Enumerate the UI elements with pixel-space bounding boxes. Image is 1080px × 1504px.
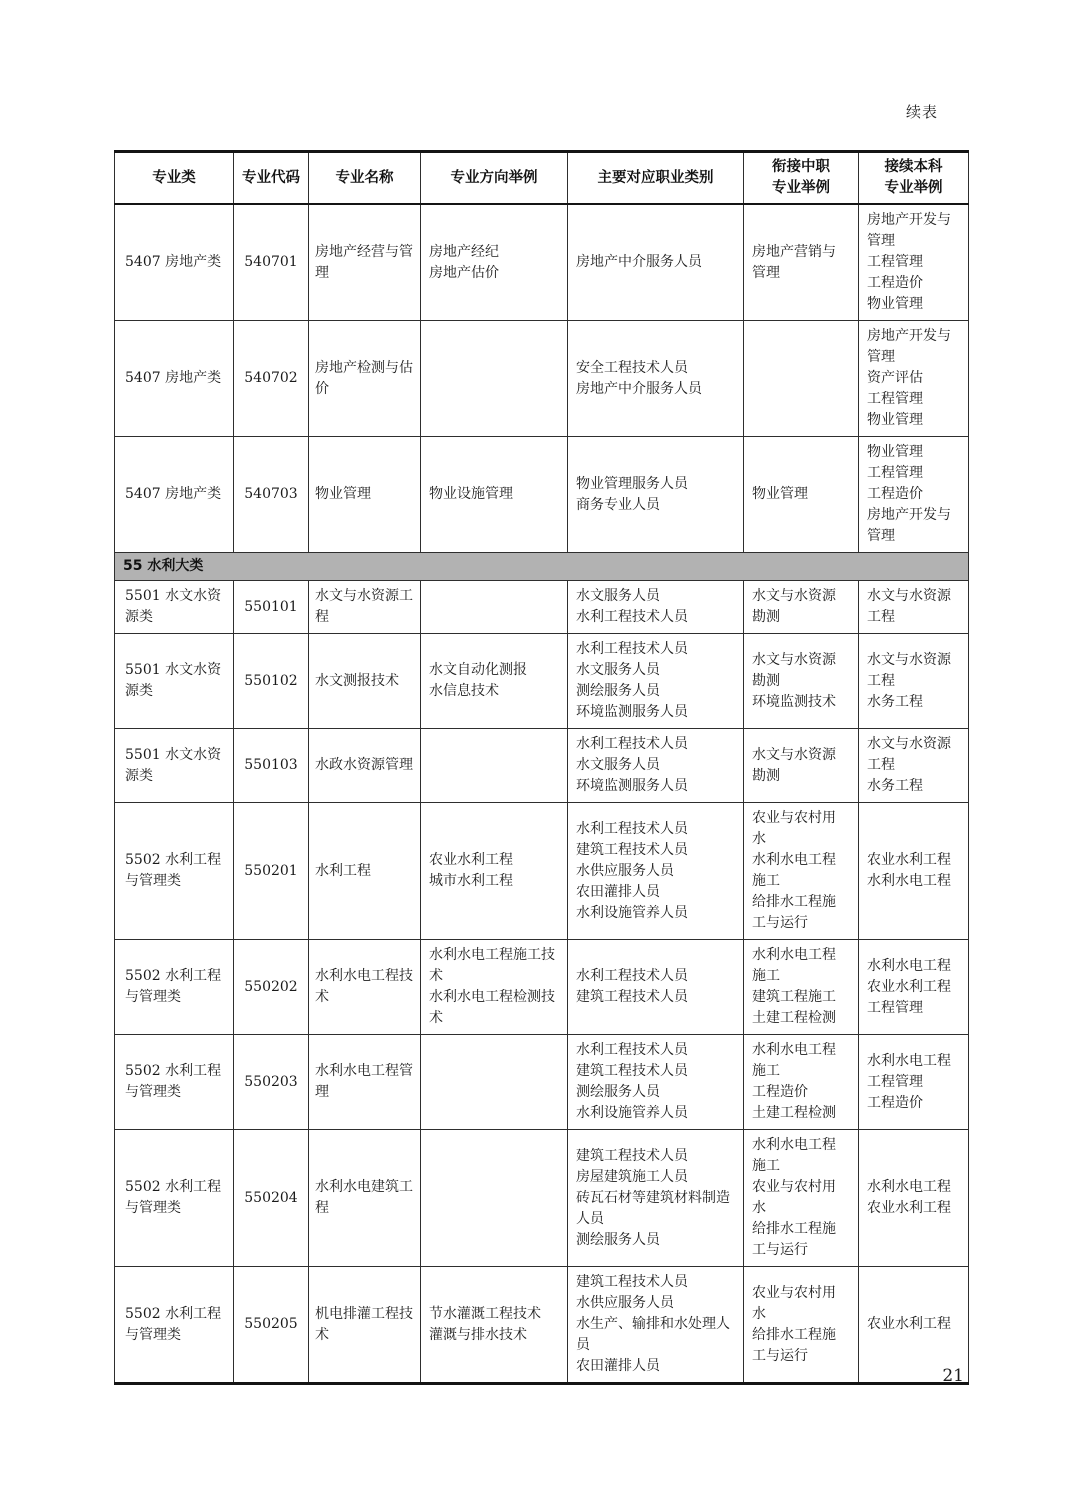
cell-line: 水供应服务人员: [576, 1293, 735, 1314]
table-cell: 水政水资源管理: [309, 729, 421, 803]
table-cell: [421, 321, 568, 437]
column-header: 主要对应职业类别: [568, 152, 744, 205]
cell-line: 水利水电工程施工: [752, 1040, 848, 1082]
table-cell: 5502 水利工程与管理类: [115, 1130, 234, 1267]
cell-line: 农业水利工程: [867, 1314, 960, 1335]
cell-line: 5502 水利工程与管理类: [125, 1177, 225, 1219]
cell-line: 水信息技术: [429, 681, 559, 702]
cell-line: 水文测报技术: [315, 671, 414, 692]
cell-line: 物业设施管理: [429, 484, 559, 505]
cell-line: 砖瓦石材等建筑材料制造人员: [576, 1188, 735, 1230]
cell-line: 环境监测技术: [752, 692, 848, 713]
table-cell: 水文与水资源工程: [859, 581, 969, 634]
cell-line: 房地产开发与管理: [867, 505, 960, 547]
table-cell: 农业与农村用水给排水工程施工与运行: [744, 1267, 859, 1384]
majors-catalog-table: 专业类专业代码专业名称专业方向举例主要对应职业类别衔接中职专业举例接续本科专业举…: [114, 150, 969, 1385]
table-cell: 540702: [234, 321, 309, 437]
cell-line: 农业水利工程: [867, 1198, 960, 1219]
cell-line: 测绘服务人员: [576, 1082, 735, 1103]
cell-line: 物业管理服务人员: [576, 474, 735, 495]
cell-line: 农田灌排人员: [576, 1356, 735, 1377]
page-number: 21: [942, 1366, 964, 1386]
column-header: 专业名称: [309, 152, 421, 205]
table-cell: [421, 1130, 568, 1267]
cell-line: 550205: [236, 1314, 306, 1335]
cell-line: 物业管理: [752, 484, 848, 505]
table-cell: 水文与水资源勘测环境监测技术: [744, 634, 859, 729]
cell-line: 物业管理: [867, 442, 960, 463]
cell-line: 建筑工程技术人员: [576, 1061, 735, 1082]
cell-line: 水利工程技术人员: [576, 607, 735, 628]
table-cell: 水文服务人员水利工程技术人员: [568, 581, 744, 634]
cell-line: 房地产估价: [429, 263, 559, 284]
table-cell: 水利工程: [309, 803, 421, 940]
table-cell: 水文自动化测报水信息技术: [421, 634, 568, 729]
cell-line: 农业水利工程: [867, 850, 960, 871]
cell-line: 550103: [236, 755, 306, 776]
cell-line: 水利水电工程施工技术: [429, 945, 559, 987]
table-cell: 5407 房地产类: [115, 204, 234, 321]
cell-line: 专业举例: [861, 178, 966, 199]
table-row: 5407 房地产类540701房地产经营与管理房地产经纪房地产估价房地产中介服务…: [115, 204, 969, 321]
cell-line: 5502 水利工程与管理类: [125, 1304, 225, 1346]
cell-line: 土建工程检测: [752, 1103, 848, 1124]
table-row: 5502 水利工程与管理类550202水利水电工程技术水利水电工程施工技术水利水…: [115, 940, 969, 1035]
table-cell: 550201: [234, 803, 309, 940]
cell-line: 水务工程: [867, 776, 960, 797]
table-row: 5501 水文水资源类550103水政水资源管理水利工程技术人员水文服务人员环境…: [115, 729, 969, 803]
table-cell: 540703: [234, 437, 309, 553]
table-row: 5501 水文水资源类550102水文测报技术水文自动化测报水信息技术水利工程技…: [115, 634, 969, 729]
cell-line: 灌溉与排水技术: [429, 1325, 559, 1346]
cell-line: 建筑工程技术人员: [576, 1146, 735, 1167]
cell-line: 水文与水资源工程: [867, 586, 960, 628]
table-cell: 5407 房地产类: [115, 437, 234, 553]
cell-line: 水利水电建筑工程: [315, 1177, 414, 1219]
cell-line: 给排水工程施工与运行: [752, 1325, 848, 1367]
table-cell: 550103: [234, 729, 309, 803]
cell-line: 水利工程技术人员: [576, 819, 735, 840]
table-cell: 550101: [234, 581, 309, 634]
cell-line: 工程造价: [867, 484, 960, 505]
cell-line: 水利水电工程技术: [315, 966, 414, 1008]
cell-line: 房地产中介服务人员: [576, 379, 735, 400]
cell-line: 工程管理: [867, 463, 960, 484]
table-cell: 房地产检测与估价: [309, 321, 421, 437]
cell-line: 550101: [236, 597, 306, 618]
cell-line: 工程造价: [867, 273, 960, 294]
cell-line: 房地产中介服务人员: [576, 252, 735, 273]
cell-line: 水利工程技术人员: [576, 734, 735, 755]
cell-line: 农业与农村用水: [752, 808, 848, 850]
table-cell: [421, 581, 568, 634]
cell-line: 房地产营销与管理: [752, 242, 848, 284]
cell-line: 房地产检测与估价: [315, 358, 414, 400]
cell-line: 房地产经纪: [429, 242, 559, 263]
table-cell: 农业水利工程城市水利工程: [421, 803, 568, 940]
table-cell: 5501 水文水资源类: [115, 581, 234, 634]
table-cell: [744, 321, 859, 437]
table-cell: 水利工程技术人员水文服务人员环境监测服务人员: [568, 729, 744, 803]
column-header: 专业方向举例: [421, 152, 568, 205]
cell-line: 环境监测服务人员: [576, 776, 735, 797]
cell-line: 5502 水利工程与管理类: [125, 1061, 225, 1103]
cell-line: 水务工程: [867, 692, 960, 713]
table-cell: 节水灌溉工程技术灌溉与排水技术: [421, 1267, 568, 1384]
cell-line: 专业方向举例: [423, 168, 565, 189]
table-cell: 5502 水利工程与管理类: [115, 1035, 234, 1130]
cell-line: 水供应服务人员: [576, 861, 735, 882]
table-header: 专业类专业代码专业名称专业方向举例主要对应职业类别衔接中职专业举例接续本科专业举…: [115, 152, 969, 205]
table-row: 5501 水文水资源类550101水文与水资源工程水文服务人员水利工程技术人员水…: [115, 581, 969, 634]
table-cell: 水文测报技术: [309, 634, 421, 729]
cell-line: 水利水电工程: [867, 871, 960, 892]
cell-line: 物业管理: [867, 410, 960, 431]
table-cell: 5502 水利工程与管理类: [115, 940, 234, 1035]
cell-line: 水文与水资源勘测: [752, 745, 848, 787]
table-cell: 物业设施管理: [421, 437, 568, 553]
cell-line: 房地产经营与管理: [315, 242, 414, 284]
cell-line: 550102: [236, 671, 306, 692]
cell-line: 水利工程技术人员: [576, 966, 735, 987]
table-cell: 5502 水利工程与管理类: [115, 803, 234, 940]
cell-line: 专业类: [117, 168, 231, 189]
cell-line: 540703: [236, 484, 306, 505]
cell-line: 水文服务人员: [576, 755, 735, 776]
table-cell: 550205: [234, 1267, 309, 1384]
cell-line: 550203: [236, 1072, 306, 1093]
table-row: 5502 水利工程与管理类550203水利水电工程管理水利工程技术人员建筑工程技…: [115, 1035, 969, 1130]
cell-line: 水政水资源管理: [315, 755, 414, 776]
table-row: 5502 水利工程与管理类550204水利水电建筑工程建筑工程技术人员房屋建筑施…: [115, 1130, 969, 1267]
section-label: 55 水利大类: [115, 553, 969, 581]
cell-line: 房地产开发与管理: [867, 210, 960, 252]
cell-line: 测绘服务人员: [576, 681, 735, 702]
table-body: 5407 房地产类540701房地产经营与管理房地产经纪房地产估价房地产中介服务…: [115, 204, 969, 1384]
table-cell: 550102: [234, 634, 309, 729]
section-row: 55 水利大类: [115, 553, 969, 581]
table-cell: 水文与水资源工程水务工程: [859, 634, 969, 729]
table-cell: 550203: [234, 1035, 309, 1130]
table-cell: 水利工程技术人员水文服务人员测绘服务人员环境监测服务人员: [568, 634, 744, 729]
cell-line: 水文与水资源工程: [867, 734, 960, 776]
cell-line: 5407 房地产类: [125, 252, 225, 273]
cell-line: 接续本科: [861, 157, 966, 178]
cell-line: 5501 水文水资源类: [125, 660, 225, 702]
cell-line: 水利工程技术人员: [576, 639, 735, 660]
cell-line: 主要对应职业类别: [570, 168, 741, 189]
table-cell: 物业管理工程管理工程造价房地产开发与管理: [859, 437, 969, 553]
cell-line: 水文自动化测报: [429, 660, 559, 681]
table-cell: 水利水电工程施工建筑工程施工土建工程检测: [744, 940, 859, 1035]
table-cell: 房地产经营与管理: [309, 204, 421, 321]
cell-line: 工程造价: [752, 1082, 848, 1103]
table-cell: 农业水利工程水利水电工程: [859, 803, 969, 940]
cell-line: 工程造价: [867, 1093, 960, 1114]
cell-line: 安全工程技术人员: [576, 358, 735, 379]
table-cell: 水利水电建筑工程: [309, 1130, 421, 1267]
cell-line: 水文与水资源勘测: [752, 650, 848, 692]
table-cell: 水利水电工程施工技术水利水电工程检测技术: [421, 940, 568, 1035]
table-cell: 水利水电工程技术: [309, 940, 421, 1035]
cell-line: 房地产开发与管理: [867, 326, 960, 368]
cell-line: 房屋建筑施工人员: [576, 1167, 735, 1188]
cell-line: 工程管理: [867, 998, 960, 1019]
table-cell: 水利工程技术人员建筑工程技术人员测绘服务人员水利设施管养人员: [568, 1035, 744, 1130]
column-header: 专业代码: [234, 152, 309, 205]
cell-line: 土建工程检测: [752, 1008, 848, 1029]
cell-line: 水生产、输排和水处理人员: [576, 1314, 735, 1356]
cell-line: 水文与水资源勘测: [752, 586, 848, 628]
table-cell: 5407 房地产类: [115, 321, 234, 437]
table-cell: 水文与水资源勘测: [744, 729, 859, 803]
cell-line: 农业与农村用水: [752, 1283, 848, 1325]
table-cell: 安全工程技术人员房地产中介服务人员: [568, 321, 744, 437]
cell-line: 工程管理: [867, 1072, 960, 1093]
continued-table-label: 续表: [906, 101, 938, 122]
cell-line: 540702: [236, 368, 306, 389]
table-cell: 5501 水文水资源类: [115, 729, 234, 803]
cell-line: 给排水工程施工与运行: [752, 1219, 848, 1261]
cell-line: 衔接中职: [746, 157, 856, 178]
cell-line: 建筑工程技术人员: [576, 987, 735, 1008]
cell-line: 农业水利工程: [429, 850, 559, 871]
table-cell: 机电排灌工程技术: [309, 1267, 421, 1384]
cell-line: 5501 水文水资源类: [125, 745, 225, 787]
cell-line: 建筑工程技术人员: [576, 1272, 735, 1293]
cell-line: 水文服务人员: [576, 660, 735, 681]
cell-line: 水利水电工程施工: [752, 945, 848, 987]
table-cell: 5502 水利工程与管理类: [115, 1267, 234, 1384]
table-cell: 水文与水资源勘测: [744, 581, 859, 634]
table-cell: 房地产经纪房地产估价: [421, 204, 568, 321]
cell-line: 550202: [236, 977, 306, 998]
cell-line: 资产评估: [867, 368, 960, 389]
table-cell: 房地产中介服务人员: [568, 204, 744, 321]
column-header: 接续本科专业举例: [859, 152, 969, 205]
cell-line: 水文与水资源工程: [867, 650, 960, 692]
table-cell: 物业管理: [744, 437, 859, 553]
cell-line: 550201: [236, 861, 306, 882]
cell-line: 550204: [236, 1188, 306, 1209]
cell-line: 农田灌排人员: [576, 882, 735, 903]
cell-line: 测绘服务人员: [576, 1230, 735, 1251]
table-cell: 550202: [234, 940, 309, 1035]
table-cell: 水利水电工程工程管理工程造价: [859, 1035, 969, 1130]
cell-line: 5502 水利工程与管理类: [125, 850, 225, 892]
table-cell: 水利水电工程农业水利工程: [859, 1130, 969, 1267]
cell-line: 物业管理: [867, 294, 960, 315]
table-cell: 水利水电工程农业水利工程工程管理: [859, 940, 969, 1035]
table-cell: 水利工程技术人员建筑工程技术人员: [568, 940, 744, 1035]
cell-line: 物业管理: [315, 484, 414, 505]
cell-line: 540701: [236, 252, 306, 273]
table-cell: 房地产开发与管理工程管理工程造价物业管理: [859, 204, 969, 321]
cell-line: 5501 水文水资源类: [125, 586, 225, 628]
cell-line: 水利工程技术人员: [576, 1040, 735, 1061]
table-cell: 540701: [234, 204, 309, 321]
table-cell: 550204: [234, 1130, 309, 1267]
table-cell: 房地产开发与管理资产评估工程管理物业管理: [859, 321, 969, 437]
table-cell: [421, 1035, 568, 1130]
table-row: 5502 水利工程与管理类550201水利工程农业水利工程城市水利工程水利工程技…: [115, 803, 969, 940]
table-row: 5407 房地产类540702房地产检测与估价安全工程技术人员房地产中介服务人员…: [115, 321, 969, 437]
cell-line: 水利水电工程管理: [315, 1061, 414, 1103]
cell-line: 工程管理: [867, 252, 960, 273]
cell-line: 水利工程: [315, 861, 414, 882]
table-cell: [421, 729, 568, 803]
cell-line: 水利设施管养人员: [576, 1103, 735, 1124]
cell-line: 节水灌溉工程技术: [429, 1304, 559, 1325]
table-cell: 建筑工程技术人员水供应服务人员水生产、输排和水处理人员农田灌排人员: [568, 1267, 744, 1384]
column-header: 衔接中职专业举例: [744, 152, 859, 205]
cell-line: 专业名称: [311, 168, 418, 189]
cell-line: 建筑工程施工: [752, 987, 848, 1008]
cell-line: 水利水电工程: [867, 1177, 960, 1198]
cell-line: 商务专业人员: [576, 495, 735, 516]
cell-line: 专业代码: [236, 168, 306, 189]
cell-line: 水文与水资源工程: [315, 586, 414, 628]
cell-line: 工程管理: [867, 389, 960, 410]
table-cell: 水文与水资源工程水务工程: [859, 729, 969, 803]
table-cell: 水利水电工程施工工程造价土建工程检测: [744, 1035, 859, 1130]
cell-line: 水利水电工程: [867, 956, 960, 977]
cell-line: 5502 水利工程与管理类: [125, 966, 225, 1008]
cell-line: 建筑工程技术人员: [576, 840, 735, 861]
document-page: 续表 专业类专业代码专业名称专业方向举例主要对应职业类别衔接中职专业举例接续本科…: [0, 0, 1080, 1504]
table-cell: 房地产营销与管理: [744, 204, 859, 321]
table-cell: 农业与农村用水水利水电工程施工给排水工程施工与运行: [744, 803, 859, 940]
table-row: 5407 房地产类540703物业管理物业设施管理物业管理服务人员商务专业人员物…: [115, 437, 969, 553]
cell-line: 农业与农村用水: [752, 1177, 848, 1219]
cell-line: 机电排灌工程技术: [315, 1304, 414, 1346]
cell-line: 水利设施管养人员: [576, 903, 735, 924]
cell-line: 5407 房地产类: [125, 368, 225, 389]
header-row: 专业类专业代码专业名称专业方向举例主要对应职业类别衔接中职专业举例接续本科专业举…: [115, 152, 969, 205]
table-cell: 建筑工程技术人员房屋建筑施工人员砖瓦石材等建筑材料制造人员测绘服务人员: [568, 1130, 744, 1267]
cell-line: 水利水电工程施工: [752, 1135, 848, 1177]
table-cell: 水文与水资源工程: [309, 581, 421, 634]
cell-line: 5407 房地产类: [125, 484, 225, 505]
cell-line: 水文服务人员: [576, 586, 735, 607]
cell-line: 城市水利工程: [429, 871, 559, 892]
cell-line: 水利水电工程检测技术: [429, 987, 559, 1029]
cell-line: 水利水电工程施工: [752, 850, 848, 892]
column-header: 专业类: [115, 152, 234, 205]
table-row: 5502 水利工程与管理类550205机电排灌工程技术节水灌溉工程技术灌溉与排水…: [115, 1267, 969, 1384]
table-cell: 物业管理服务人员商务专业人员: [568, 437, 744, 553]
cell-line: 环境监测服务人员: [576, 702, 735, 723]
cell-line: 专业举例: [746, 178, 856, 199]
cell-line: 水利水电工程: [867, 1051, 960, 1072]
cell-line: 农业水利工程: [867, 977, 960, 998]
table-cell: 物业管理: [309, 437, 421, 553]
table-cell: 5501 水文水资源类: [115, 634, 234, 729]
cell-line: 给排水工程施工与运行: [752, 892, 848, 934]
table-cell: 水利水电工程管理: [309, 1035, 421, 1130]
table-cell: 水利工程技术人员建筑工程技术人员水供应服务人员农田灌排人员水利设施管养人员: [568, 803, 744, 940]
table-cell: 水利水电工程施工农业与农村用水给排水工程施工与运行: [744, 1130, 859, 1267]
